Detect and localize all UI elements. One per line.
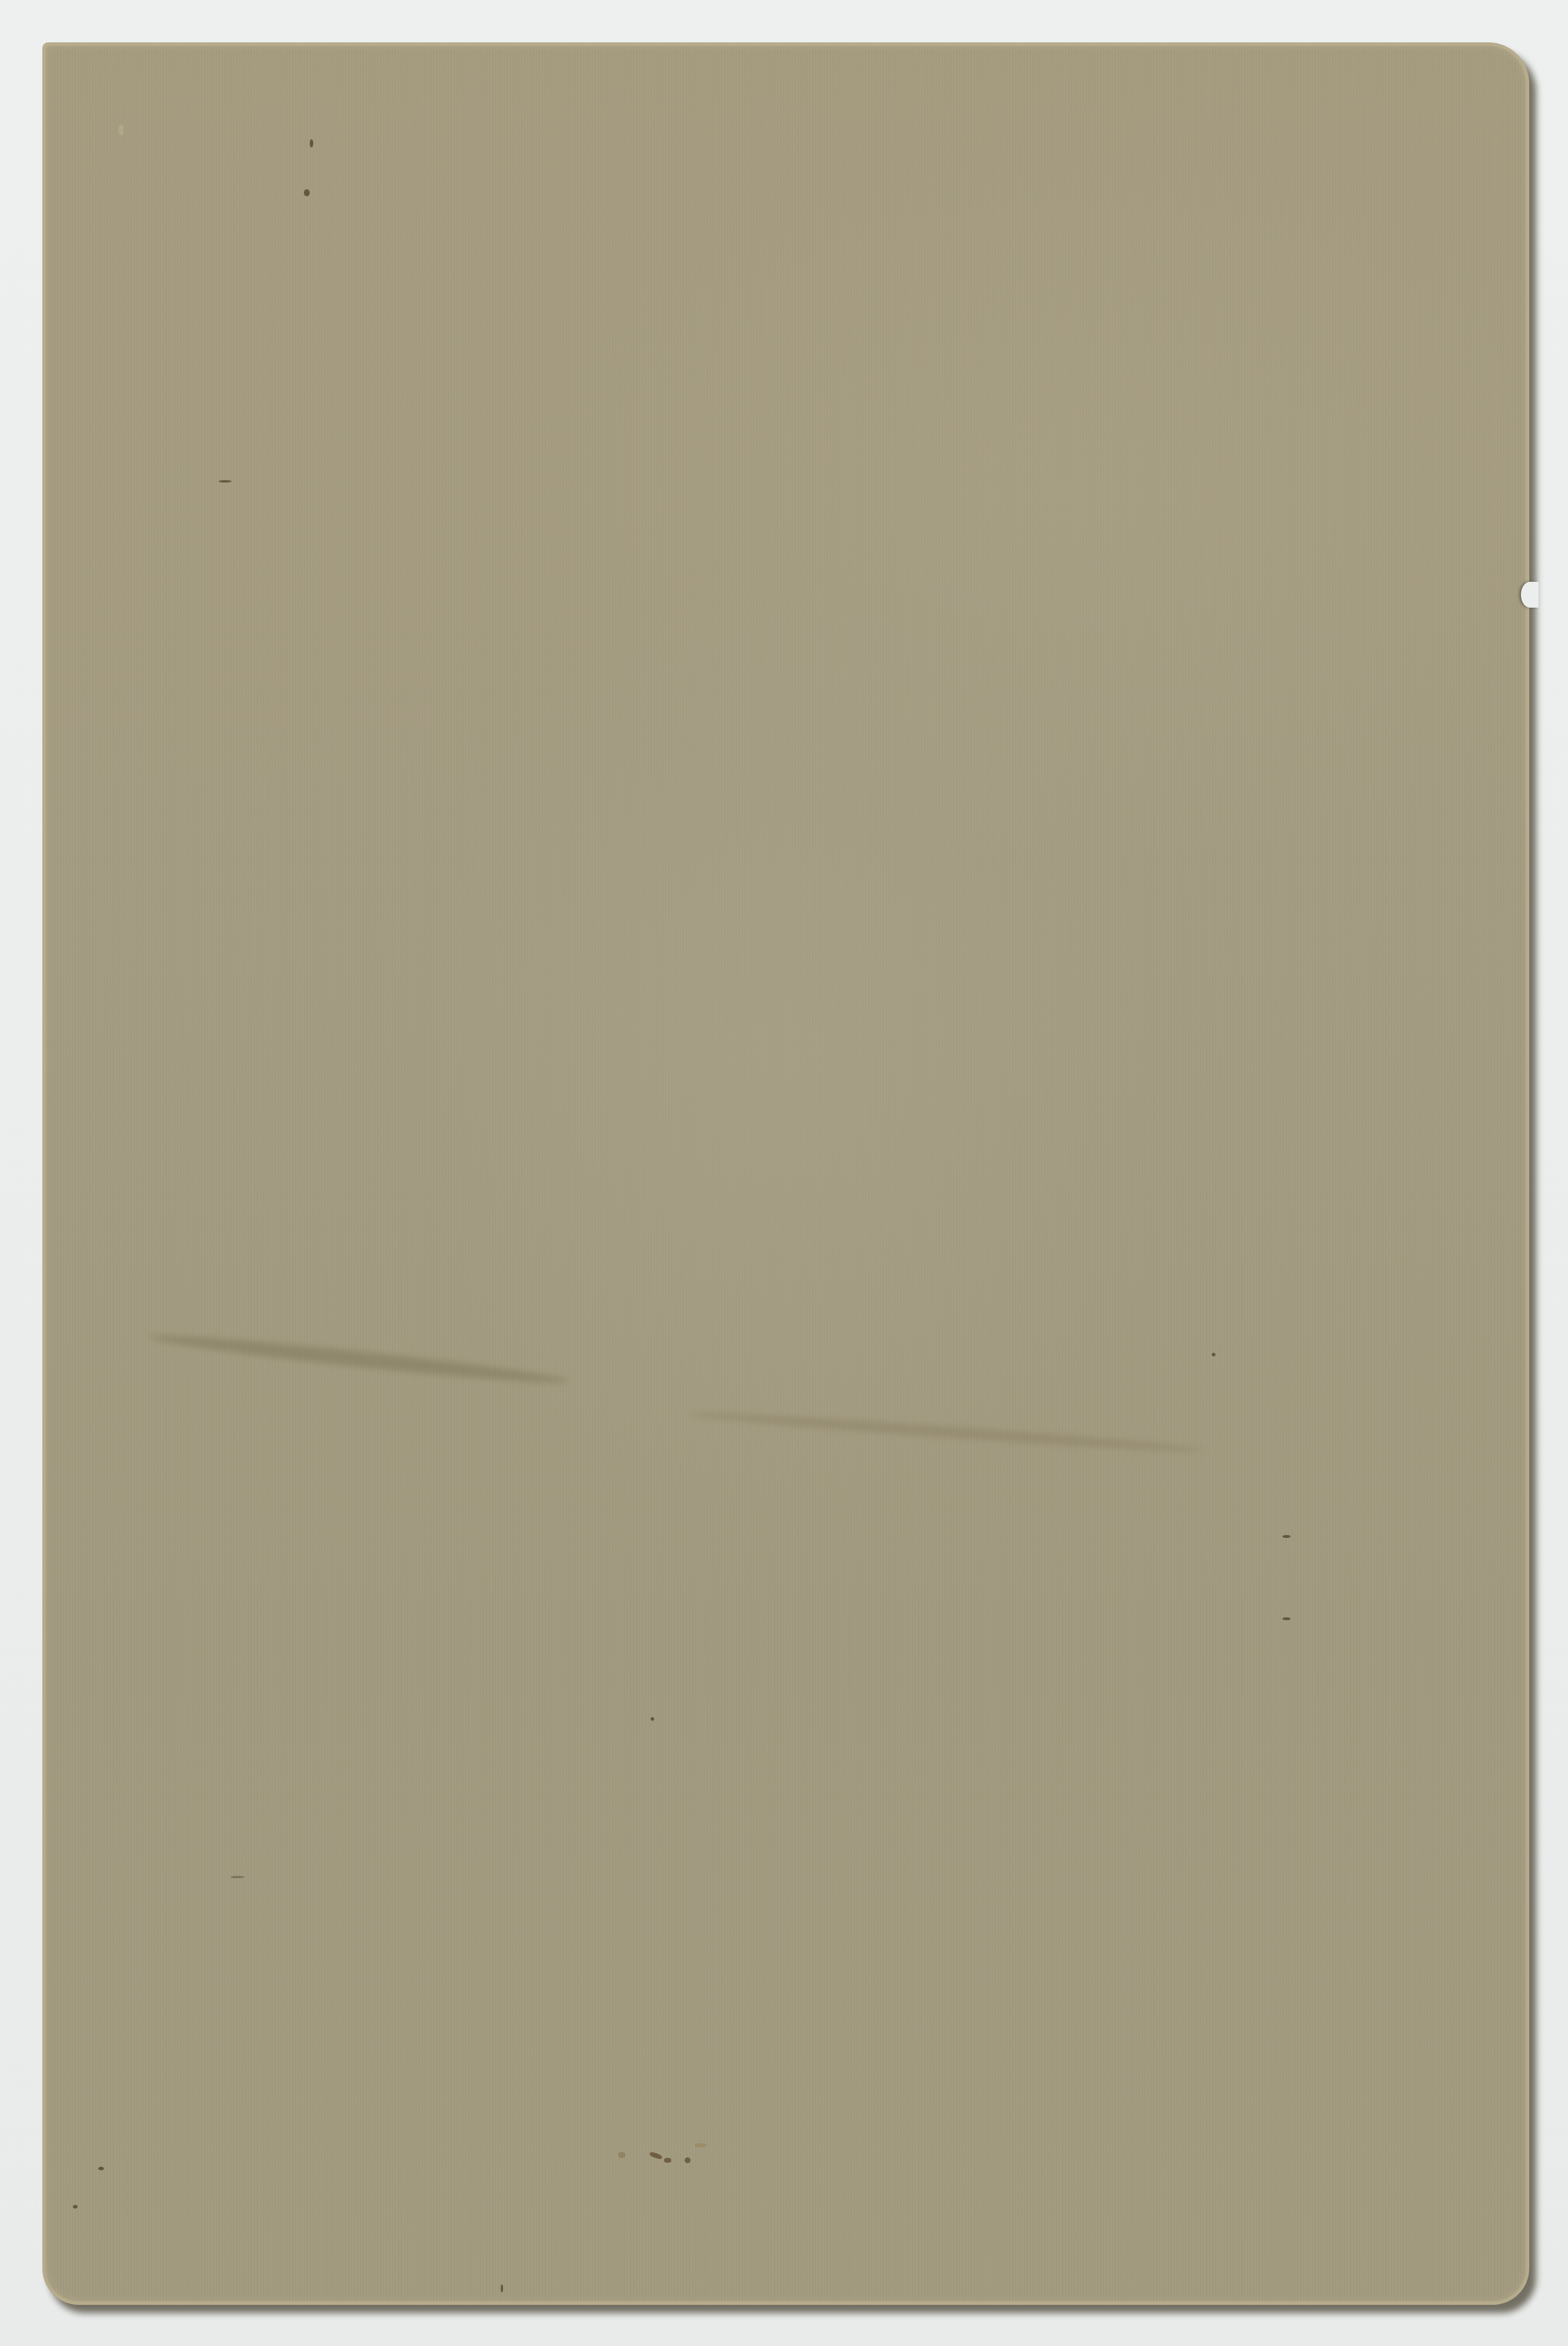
cabinet-card-back: [42, 42, 1529, 2305]
card-edge-notch: [1521, 582, 1539, 608]
speck: [119, 125, 123, 135]
speck: [98, 2167, 104, 2170]
speck: [73, 2205, 78, 2208]
speck: [501, 2284, 503, 2293]
ink-mark: [649, 2151, 662, 2160]
ink-mark: [618, 2152, 625, 2158]
ink-mark: [685, 2157, 691, 2163]
speck: [304, 189, 310, 196]
speck: [1212, 1353, 1215, 1356]
speck: [230, 1876, 244, 1878]
ink-mark: [695, 2143, 706, 2147]
stain-streak-left: [148, 1329, 570, 1389]
speck: [219, 480, 232, 482]
stain-streak-right: [688, 1409, 1205, 1455]
card-edge-wear: [42, 42, 1529, 2305]
ink-mark: [664, 2158, 671, 2163]
speck: [1282, 1617, 1291, 1620]
speck: [310, 139, 313, 148]
speck: [651, 1717, 654, 1721]
speck: [1282, 1535, 1291, 1538]
